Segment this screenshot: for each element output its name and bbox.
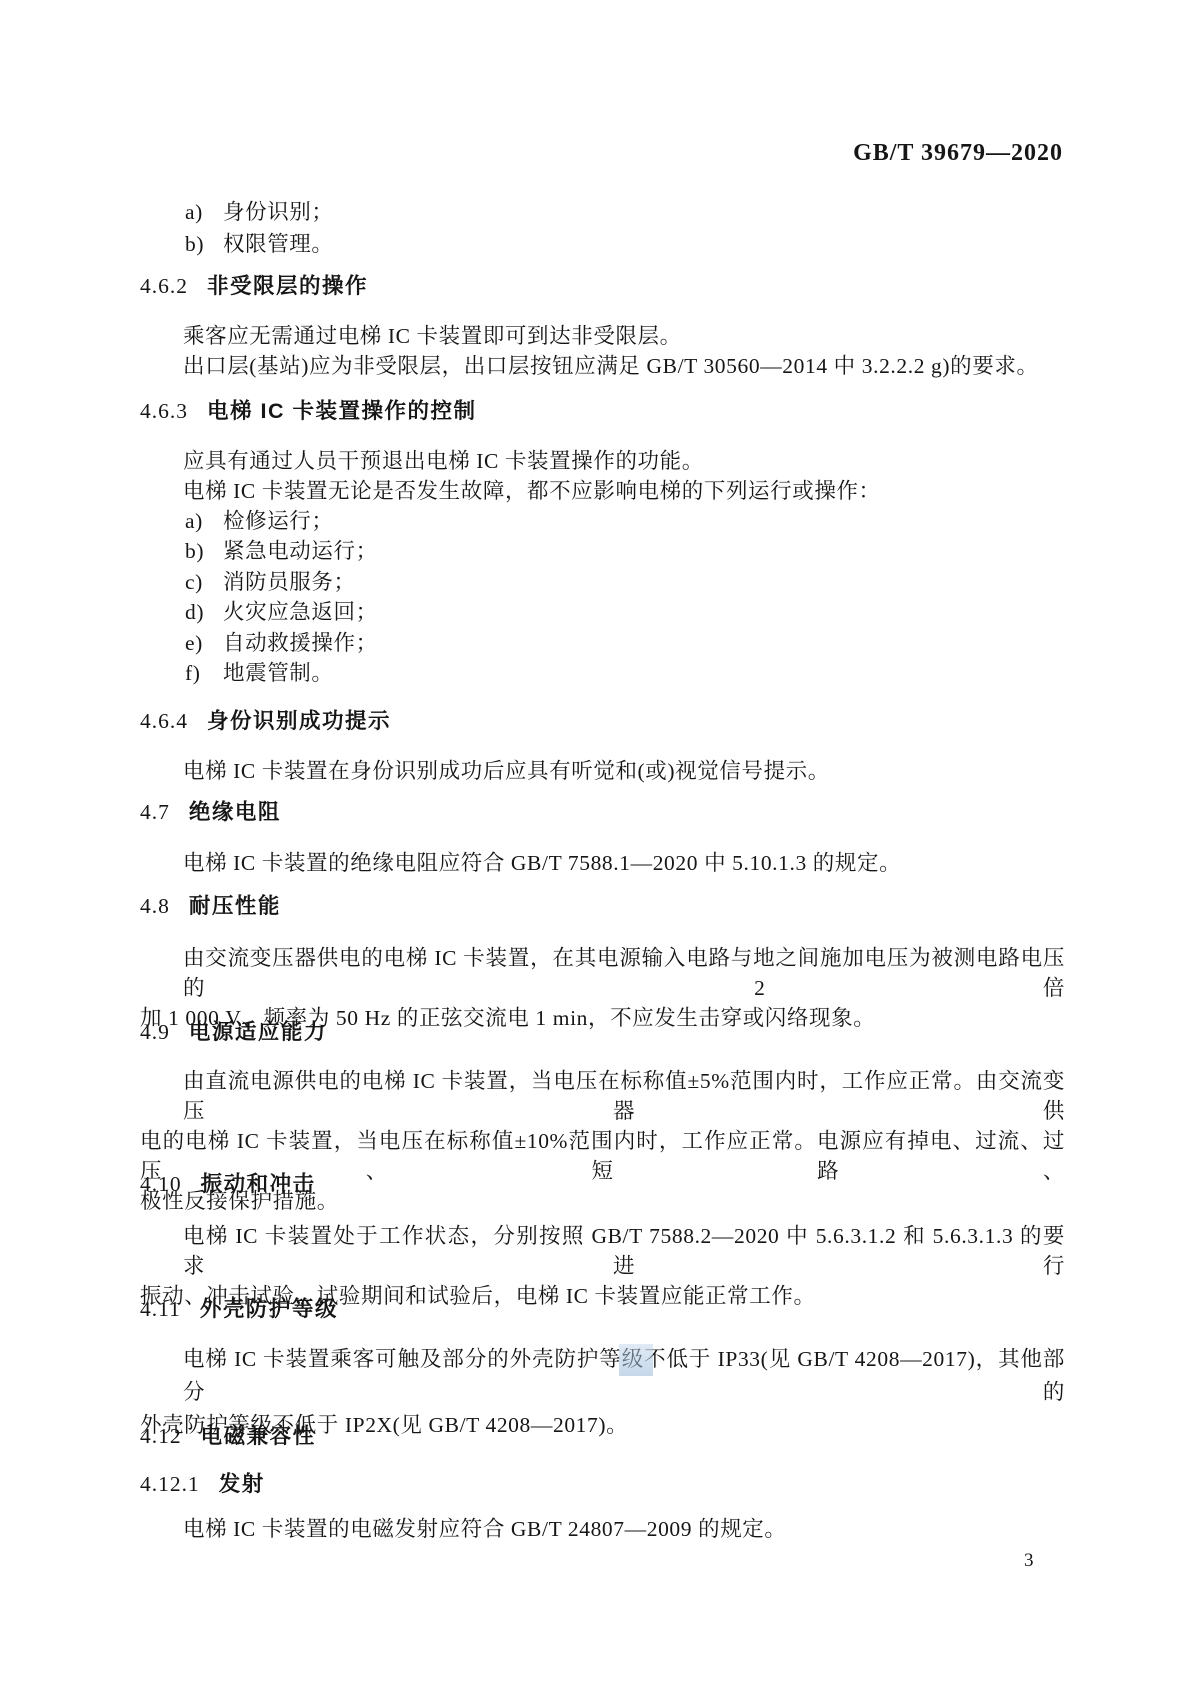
heading-title: 非受限层的操作 (207, 274, 368, 298)
list-marker: b) (185, 231, 223, 257)
section-heading-4-7: 4.7绝缘电阻 (140, 799, 1065, 825)
heading-number: 4.6.2 (140, 274, 188, 298)
section-heading-4-9: 4.9电源适应能力 (140, 1019, 1065, 1045)
heading-title: 振动和冲击 (201, 1172, 316, 1196)
section-heading-4-8: 4.8耐压性能 (140, 893, 1065, 919)
paragraph: 电梯 IC 卡装置的绝缘电阻应符合 GB/T 7588.1—2020 中 5.1… (140, 848, 1065, 878)
list-item: c)消防员服务； (140, 569, 1065, 595)
list-text: 自动救援操作； (223, 631, 378, 655)
paragraph: 应具有通过人员干预退出电梯 IC 卡装置操作的功能。 (140, 446, 1065, 476)
section-heading-4-6-3: 4.6.3电梯 IC 卡装置操作的控制 (140, 398, 1065, 424)
list-text: 检修运行； (223, 509, 334, 533)
standard-number-header: GB/T 39679—2020 (853, 140, 1063, 167)
list-text: 消防员服务； (223, 570, 356, 594)
watermark-highlight (619, 1344, 653, 1376)
heading-number: 4.12.1 (140, 1472, 200, 1496)
page-number: 3 (1024, 1550, 1034, 1572)
heading-number: 4.9 (140, 1020, 170, 1044)
section-heading-4-12: 4.12电磁兼容性 (140, 1423, 1065, 1449)
list-marker: d) (185, 599, 223, 625)
list-item: f)地震管制。 (140, 660, 1065, 686)
paragraph-line: 由交流变压器供电的电梯 IC 卡装置，在其电源输入电路与地之间施加电压为被测电路… (140, 943, 1065, 1003)
heading-title: 绝缘电阻 (189, 800, 281, 824)
section-heading-4-6-2: 4.6.2非受限层的操作 (140, 273, 1065, 299)
paragraph-line: 电梯 IC 卡装置乘客可触及部分的外壳防护等级不低于 IP33(见 GB/T 4… (140, 1343, 1065, 1409)
section-heading-4-6-4: 4.6.4身份识别成功提示 (140, 708, 1065, 734)
paragraph: 乘客应无需通过电梯 IC 卡装置即可到达非受限层。 (140, 321, 1065, 351)
list-marker: a) (185, 199, 223, 225)
section-heading-4-11: 4.11外壳防护等级 (140, 1296, 1065, 1322)
list-text: 紧急电动运行； (223, 539, 378, 563)
list-marker: c) (185, 569, 223, 595)
heading-title: 身份识别成功提示 (207, 709, 391, 733)
list-text: 火灾应急返回； (223, 600, 378, 624)
heading-title: 发射 (219, 1472, 265, 1496)
heading-title: 电源适应能力 (189, 1020, 327, 1044)
heading-number: 4.7 (140, 800, 170, 824)
list-item: e)自动救援操作； (140, 630, 1065, 656)
heading-title: 电磁兼容性 (201, 1424, 316, 1448)
heading-number: 4.12 (140, 1424, 182, 1448)
list-marker: b) (185, 538, 223, 564)
list-item: b)紧急电动运行； (140, 538, 1065, 564)
heading-number: 4.6.4 (140, 709, 188, 733)
list-marker: f) (185, 660, 223, 686)
paragraph-line: 由直流电源供电的电梯 IC 卡装置，当电压在标称值±5%范围内时，工作应正常。由… (140, 1066, 1065, 1126)
heading-title: 电梯 IC 卡装置操作的控制 (207, 399, 476, 423)
list-text: 权限管理。 (223, 232, 334, 256)
heading-number: 4.8 (140, 894, 170, 918)
heading-number: 4.6.3 (140, 399, 188, 423)
heading-title: 外壳防护等级 (200, 1297, 338, 1321)
paragraph: 电梯 IC 卡装置无论是否发生故障，都不应影响电梯的下列运行或操作： (140, 476, 1065, 506)
paragraph-line: 电梯 IC 卡装置处于工作状态，分别按照 GB/T 7588.2—2020 中 … (140, 1221, 1065, 1281)
list-marker: a) (185, 508, 223, 534)
paragraph: 电梯 IC 卡装置在身份识别成功后应具有听觉和(或)视觉信号提示。 (140, 756, 1065, 786)
paragraph: 出口层(基站)应为非受限层，出口层按钮应满足 GB/T 30560—2014 中… (140, 351, 1065, 381)
heading-number: 4.11 (140, 1297, 181, 1321)
list-item: b)权限管理。 (140, 231, 1065, 257)
section-heading-4-12-1: 4.12.1发射 (140, 1471, 1065, 1497)
heading-title: 耐压性能 (189, 894, 281, 918)
document-page: GB/T 39679—2020 a)身份识别； b)权限管理。 4.6.2非受限… (0, 0, 1191, 1684)
list-marker: e) (185, 630, 223, 656)
list-item: a)检修运行； (140, 508, 1065, 534)
section-heading-4-10: 4.10振动和冲击 (140, 1171, 1065, 1197)
heading-number: 4.10 (140, 1172, 182, 1196)
list-item: d)火灾应急返回； (140, 599, 1065, 625)
paragraph: 电梯 IC 卡装置的电磁发射应符合 GB/T 24807—2009 的规定。 (140, 1514, 1065, 1544)
list-text: 地震管制。 (223, 661, 334, 685)
list-text: 身份识别； (223, 200, 334, 224)
list-item: a)身份识别； (140, 199, 1065, 225)
